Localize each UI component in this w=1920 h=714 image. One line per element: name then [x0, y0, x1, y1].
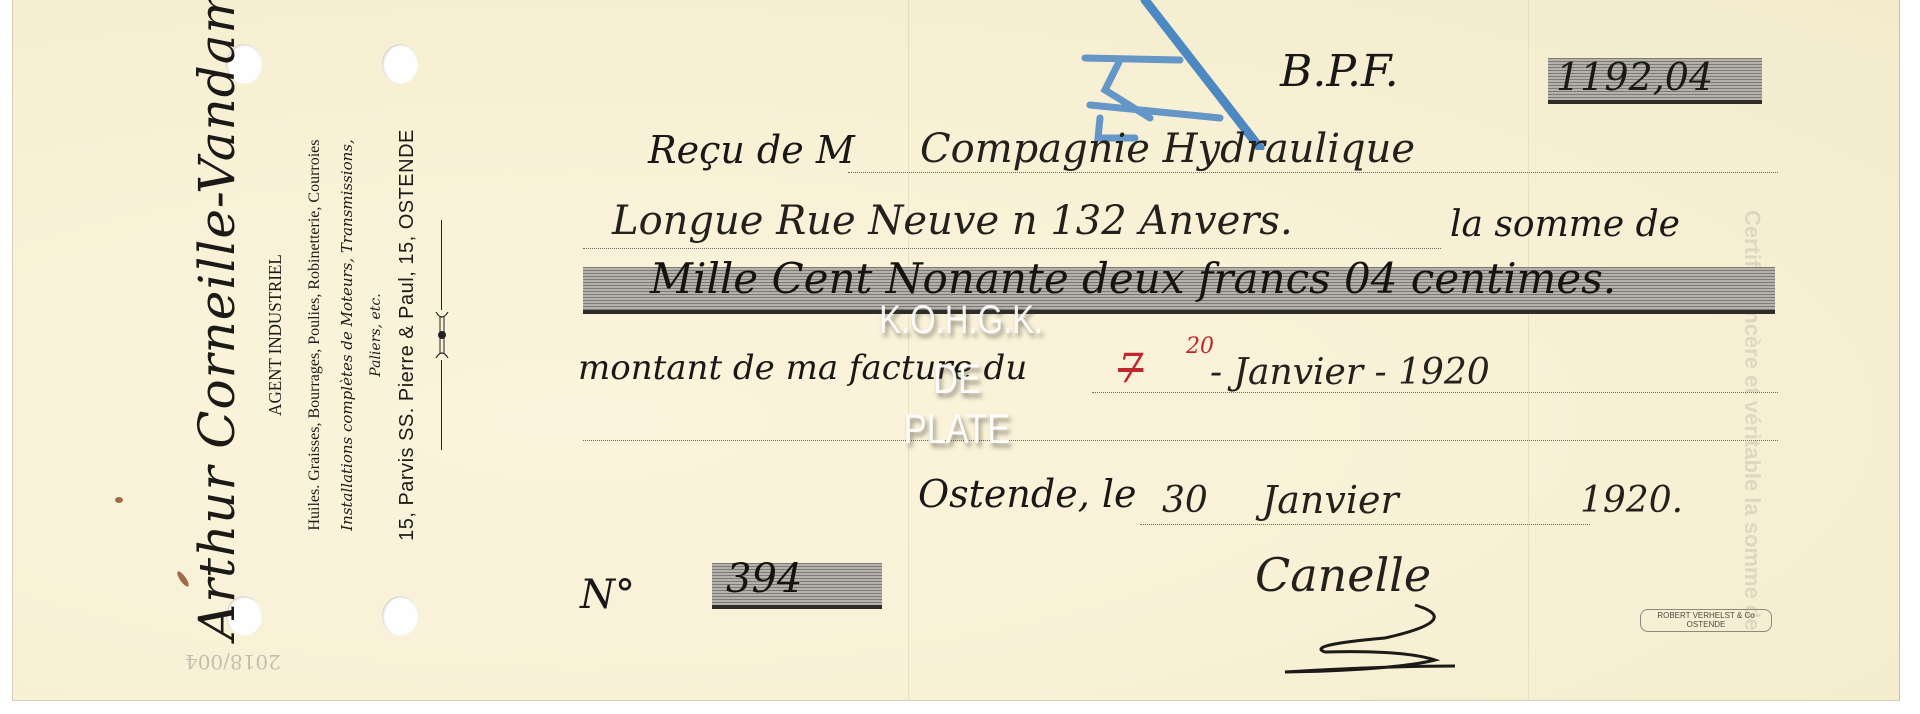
watermark: K.O.H.G.K. DE PLATE: [879, 298, 1035, 454]
company-installations: Installations complètes de Moteurs, Tran…: [338, 10, 356, 660]
dotted-line: [1140, 524, 1590, 525]
invoice-day-struck: 7: [1118, 346, 1143, 392]
sum-label: la somme de: [1450, 204, 1680, 245]
date-month: Janvier: [1262, 478, 1399, 522]
dotted-line: [583, 248, 1441, 249]
received-from-label: Reçu de M: [648, 128, 855, 172]
company-goods: Huiles. Graisses, Bourrages, Poulies, Ro…: [306, 10, 324, 660]
ornament-divider-icon: [436, 220, 448, 450]
watermark-line2: DE PLATE: [879, 354, 1035, 454]
signature-flourish-icon: [1265, 600, 1505, 680]
printer-stamp-line1: ROBERT VERHELST & Co: [1641, 611, 1771, 620]
payer-address: Longue Rue Neuve n 132 Anvers.: [612, 198, 1293, 244]
archive-reference: 2018/004: [185, 650, 281, 674]
printer-stamp-line2: OSTENDE: [1641, 620, 1771, 629]
dotted-line: [848, 172, 1778, 173]
company-paliers: Paliers, etc.: [368, 10, 384, 660]
payer-name: Compagnie Hydraulique: [920, 126, 1415, 172]
paper-fold: [1528, 0, 1529, 700]
letterhead: Arthur Corneille-Vandamme AGENT INDUSTRI…: [188, 10, 458, 660]
company-name: Arthur Corneille-Vandamme: [188, 0, 246, 640]
rust-stain: [115, 497, 123, 503]
watermark-line1: K.O.H.G.K.: [879, 298, 1035, 342]
date-day: 30: [1162, 480, 1208, 521]
place-label: Ostende, le: [918, 472, 1137, 516]
company-address: 15, Parvis SS. Pierre & Paul, 15, OSTEND…: [396, 10, 419, 660]
amount-in-words: Mille Cent Nonante deux francs 04 centim…: [650, 254, 1616, 303]
date-year: 1920.: [1580, 480, 1683, 521]
currency-label: B.P.F.: [1280, 46, 1399, 97]
company-title: AGENT INDUSTRIEL: [266, 10, 287, 660]
dotted-line: [583, 440, 1778, 441]
invoice-date-rest: - Janvier - 1920: [1210, 352, 1490, 393]
receipt-number: 394: [726, 556, 802, 602]
signature: Canelle: [1255, 548, 1431, 602]
amount-figure: 1192,04: [1556, 55, 1713, 99]
receipt-number-label: N°: [580, 572, 635, 618]
printer-stamp: ROBERT VERHELST & Co OSTENDE: [1640, 609, 1772, 632]
